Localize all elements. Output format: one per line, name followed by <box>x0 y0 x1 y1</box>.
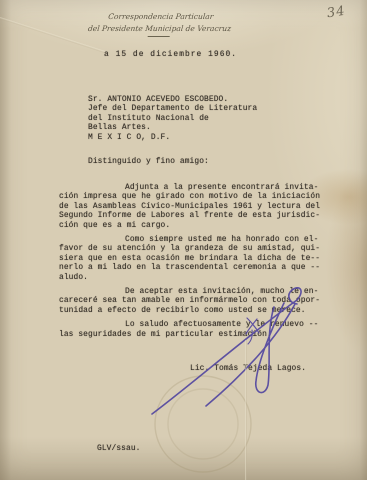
recipient-address-block: Sr. ANTONIO ACEVEDO ESCOBEDO. Jefe del D… <box>88 95 257 142</box>
body-paragraph-2: Como siempre usted me ha honrado con el-… <box>59 235 335 282</box>
handwritten-page-number: 34 <box>326 4 347 22</box>
letterhead: Correspondencia Particular del President… <box>69 11 252 37</box>
date-line: a 15 de diciembre 1960. <box>104 50 237 59</box>
letter-body: Adjunta a la presente encontrará invita-… <box>59 183 335 344</box>
reference-initials: GLV/ssau. <box>97 444 141 453</box>
body-paragraph-3: De aceptar esta invitación, mucho le en-… <box>59 287 335 315</box>
letter-page: Correspondencia Particular del President… <box>0 0 367 480</box>
typed-signature-name: Lic. Tomás Tejeda Lagos. <box>190 364 306 373</box>
body-paragraph-1: Adjunta a la presente encontrará invita-… <box>59 183 335 230</box>
salutation: Distinguido y fino amigo: <box>88 157 209 166</box>
closing-paragraph: Lo saludo afectuosamente y le renuevo --… <box>59 320 335 339</box>
letterhead-line2: del Presidente Municipal de Veracruz <box>69 23 250 35</box>
letterhead-line1: Correspondencia Particular <box>70 11 251 23</box>
letterhead-divider <box>148 36 170 37</box>
embossed-seal <box>155 376 251 472</box>
